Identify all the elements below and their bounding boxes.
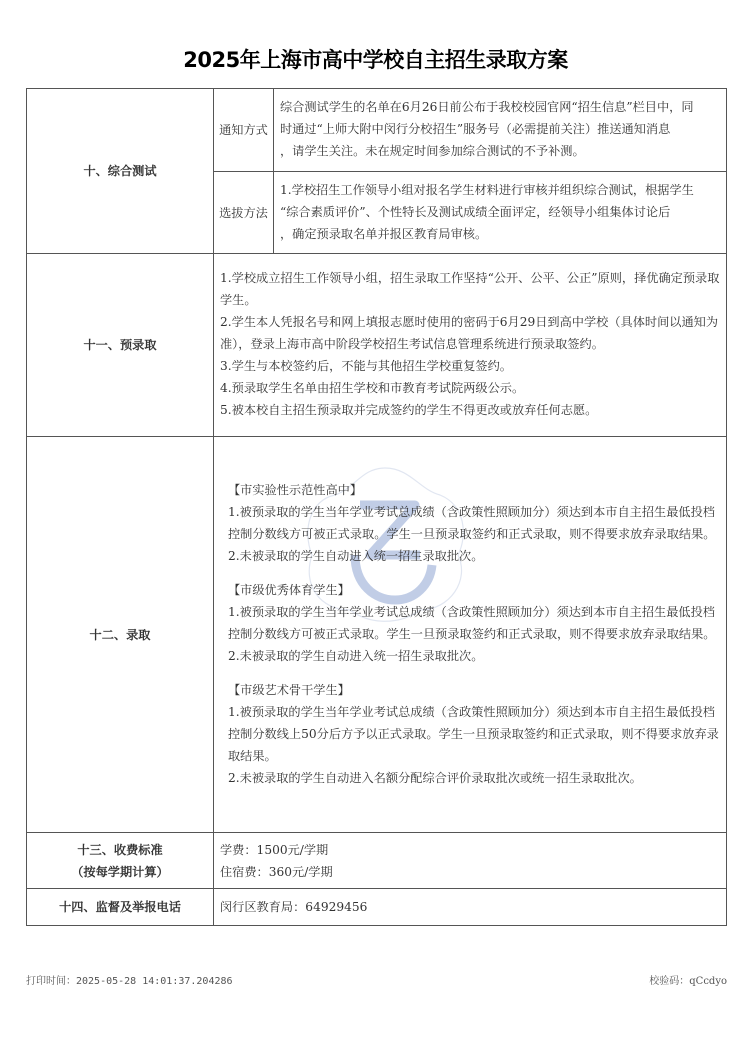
table-row: 十二、录取 【市实验性示范性高中】 1.被预录取的学生当年学业考试总成绩（含政策… [27,437,727,833]
fee-label-note: （按每学期计算） [28,861,212,883]
section-label-14: 十四、监督及举报电话 [27,889,214,926]
text-line: ，确定预录取名单并报区教育局审核。 [280,223,720,245]
admission-group: 【市级优秀体育学生】 1.被预录取的学生当年学业考试总成绩（含政策性照顾加分）须… [228,579,720,667]
section-label-13: 十三、收费标准 （按每学期计算） [27,833,214,889]
section-label-11: 十一、预录取 [27,254,214,437]
text-line: 时通过“上师大附中闵行分校招生”服务号（必需提前关注）推送通知消息 [280,118,720,140]
list-item: 2.未被录取的学生自动进入名额分配综合评价录取批次或统一招生录取批次。 [228,767,720,789]
table-row: 十一、预录取 1.学校成立招生工作领导小组，招生录取工作坚持“公开、公平、公正”… [27,254,727,437]
list-item: 3.学生与本校签约后，不能与其他招生学校重复签约。 [220,355,720,377]
fee-label: 十三、收费标准 [28,839,212,861]
pre-admission-content: 1.学校成立招生工作领导小组，招生录取工作坚持“公开、公平、公正”原则，择优确定… [214,254,727,437]
list-item: 4.预录取学生名单由招生学校和市教育考试院两级公示。 [220,377,720,399]
admission-plan-table: 十、综合测试 通知方式 综合测试学生的名单在6月26日前公布于我校校园官网“招生… [26,88,727,926]
document-title: 2025年上海市高中学校自主招生录取方案 [0,44,751,74]
admission-content: 【市实验性示范性高中】 1.被预录取的学生当年学业考试总成绩（含政策性照顾加分）… [214,437,727,833]
sub-label-notification: 通知方式 [214,89,274,172]
table-row: 十四、监督及举报电话 闵行区教育局：64929456 [27,889,727,926]
list-item: 1.学校成立招生工作领导小组，招生录取工作坚持“公开、公平、公正”原则，择优确定… [220,267,720,311]
section-label-10: 十、综合测试 [27,89,214,254]
check-code: 校验码：qCcdyo [649,972,727,987]
table-row: 十、综合测试 通知方式 综合测试学生的名单在6月26日前公布于我校校园官网“招生… [27,89,727,172]
hotline-value: 闵行区教育局：64929456 [214,889,727,926]
fee-content: 学费：1500元/学期 住宿费：360元/学期 [214,833,727,889]
list-item: 1.被预录取的学生当年学业考试总成绩（含政策性照顾加分）须达到本市自主招生最低投… [228,501,720,545]
section-label-12: 十二、录取 [27,437,214,833]
list-item: 5.被本校自主招生预录取并完成签约的学生不得更改或放弃任何志愿。 [220,399,720,421]
list-item: 1.被预录取的学生当年学业考试总成绩（含政策性照顾加分）须达到本市自主招生最低投… [228,701,720,767]
list-item: 2.未被录取的学生自动进入统一招生录取批次。 [228,545,720,567]
group-title: 【市实验性示范性高中】 [228,479,720,501]
text-line: “综合素质评价”、个性特长及测试成绩全面评定，经领导小组集体讨论后 [280,201,720,223]
notification-content: 综合测试学生的名单在6月26日前公布于我校校园官网“招生信息”栏目中，同 时通过… [274,89,727,172]
list-item: 2.学生本人凭报名号和网上填报志愿时使用的密码于6月29日到高中学校（具体时间以… [220,311,720,355]
print-time: 打印时间：2025-05-28 14:01:37.204286 [26,972,233,987]
list-item: 1.被预录取的学生当年学业考试总成绩（含政策性照顾加分）须达到本市自主招生最低投… [228,601,720,645]
list-item: 2.未被录取的学生自动进入统一招生录取批次。 [228,645,720,667]
text-line: ，请学生关注。未在规定时间参加综合测试的不予补测。 [280,140,720,162]
group-title: 【市级优秀体育学生】 [228,579,720,601]
group-title: 【市级艺术骨干学生】 [228,679,720,701]
text-line: 综合测试学生的名单在6月26日前公布于我校校园官网“招生信息”栏目中，同 [280,96,720,118]
selection-content: 1.学校招生工作领导小组对报名学生材料进行审核并组织综合测试，根据学生 “综合素… [274,172,727,254]
text-line: 1.学校招生工作领导小组对报名学生材料进行审核并组织综合测试，根据学生 [280,179,720,201]
admission-group: 【市级艺术骨干学生】 1.被预录取的学生当年学业考试总成绩（含政策性照顾加分）须… [228,679,720,789]
dorm-fee: 住宿费：360元/学期 [220,861,720,883]
tuition-fee: 学费：1500元/学期 [220,839,720,861]
sub-label-selection: 选拔方法 [214,172,274,254]
table-row: 十三、收费标准 （按每学期计算） 学费：1500元/学期 住宿费：360元/学期 [27,833,727,889]
admission-group: 【市实验性示范性高中】 1.被预录取的学生当年学业考试总成绩（含政策性照顾加分）… [228,479,720,567]
